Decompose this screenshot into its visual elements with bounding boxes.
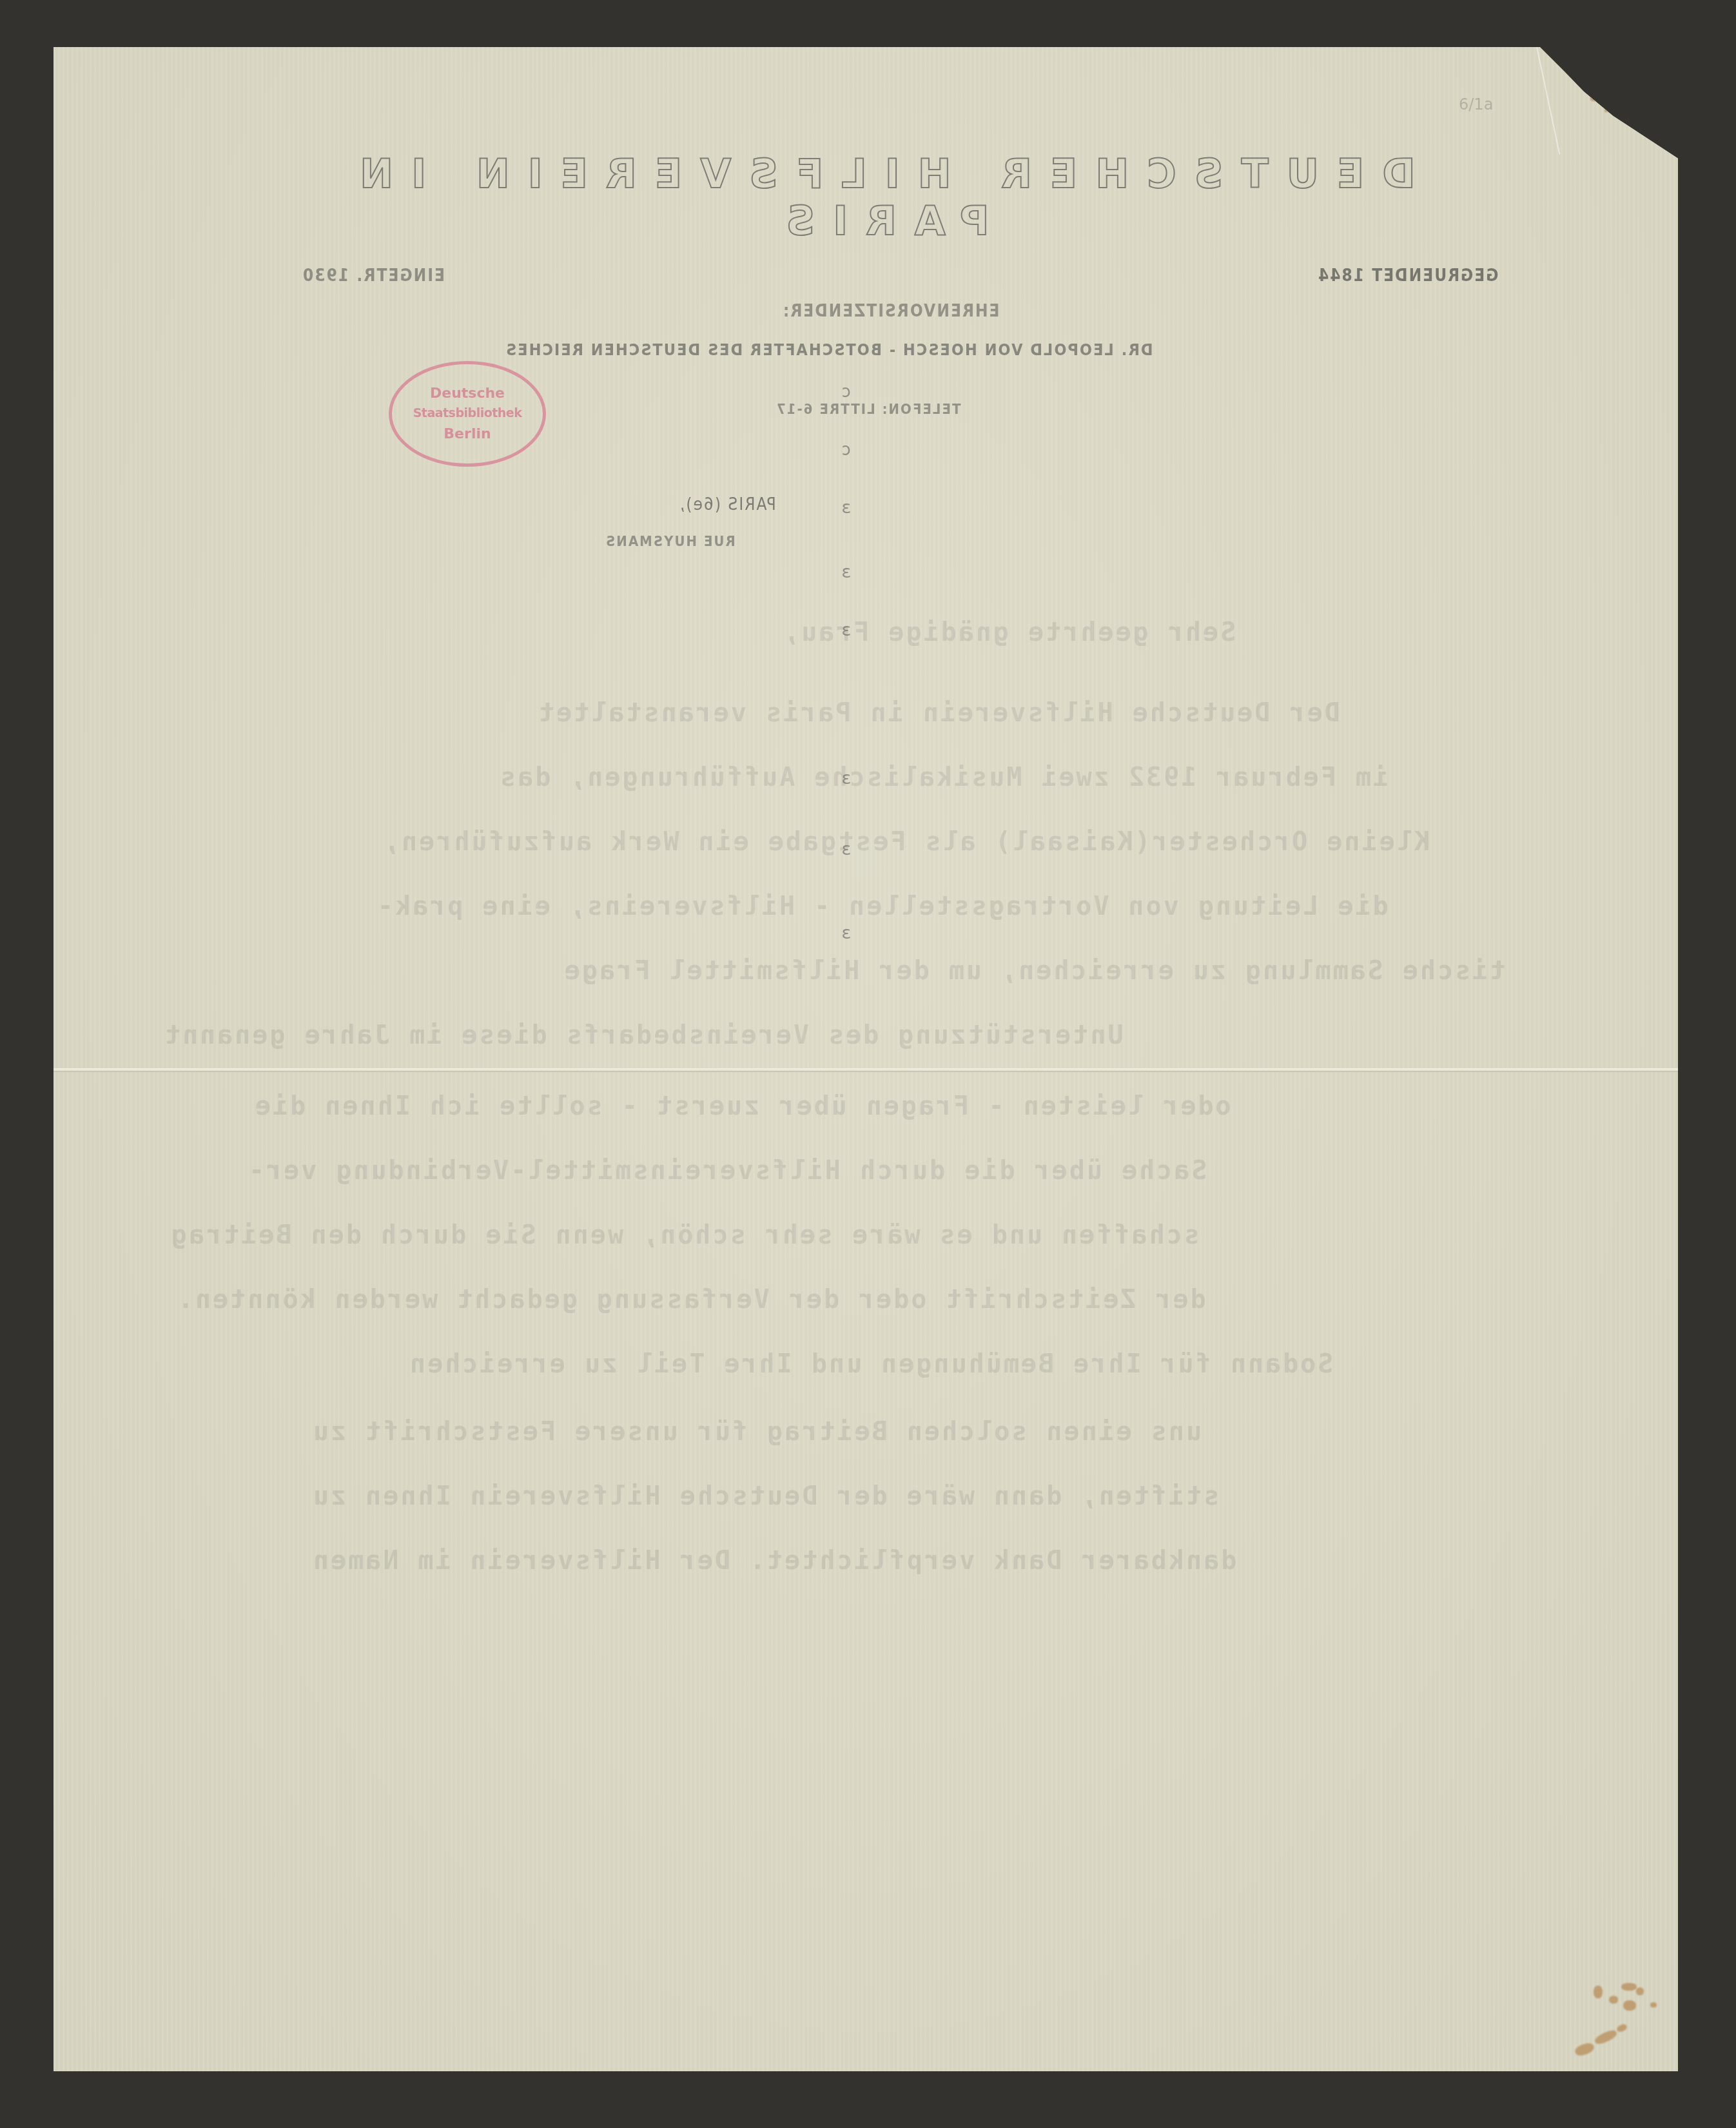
stamp-line-1: Deutsche xyxy=(430,386,505,402)
body-line: Sache über die durch Hilfsvereinsmittel-… xyxy=(247,1156,1207,1186)
library-stamp: Deutsche Staatsbibliothek Berlin xyxy=(389,361,546,467)
stain-speck xyxy=(1590,95,1597,101)
typewriter-mark: ɔ xyxy=(841,382,852,402)
body-line: die Leitung von Vortragsstellen - Hilfsv… xyxy=(376,892,1389,921)
body-line: im Februar 1932 zwei Musikalische Auffüh… xyxy=(498,763,1389,792)
body-line: Unterstützung des Vereinsbedarfs diese i… xyxy=(163,1020,1124,1050)
letterhead-registered: EINGETR. 1930 xyxy=(302,266,445,286)
letterhead-honorary-name-text: DR. LEOPOLD VON HOESCH - BOTSCHAFTER DES… xyxy=(505,340,1153,359)
typewriter-mark: ɛ xyxy=(841,498,852,518)
letterhead-phone: TELEFON: LITTRE 6-17 xyxy=(775,402,961,418)
stain-speck xyxy=(1623,2000,1636,2011)
letterhead-title-text: DEUTSCHER HILFSVEREIN IN PARIS xyxy=(247,150,1510,244)
body-line: Sodann für Ihre Bemühungen und Ihre Teil… xyxy=(408,1349,1333,1379)
letterhead-honorary-name: DR. LEOPOLD VON HOESCH - BOTSCHAFTER DES… xyxy=(505,340,1153,359)
letterhead-founded-text: GEGRUENDET 1844 xyxy=(1317,266,1499,286)
body-line: oder leisten - Fragen über zuerst - soll… xyxy=(253,1091,1231,1121)
stain-speck xyxy=(1621,1983,1637,1991)
typewriter-mark: ɛ xyxy=(841,924,852,943)
corner-crease xyxy=(1536,47,1560,155)
stain-streak xyxy=(1616,2023,1628,2033)
body-line: dankbarer Dank verpflichtet. Der Hilfsve… xyxy=(311,1546,1236,1576)
stain-streak xyxy=(1594,2028,1619,2046)
stain-speck xyxy=(1636,1987,1644,1995)
letterhead-founded: GEGRUENDET 1844 xyxy=(1317,266,1499,286)
letter-page: 6/1a DEUTSCHER HILFSVEREIN IN PARIS GEGR… xyxy=(54,47,1678,2071)
body-line: schaffen und es wäre sehr schön, wenn Si… xyxy=(170,1220,1200,1250)
typewriter-mark: ɔ xyxy=(841,440,852,460)
stain-streak xyxy=(1574,2041,1595,2057)
letterhead-registered-text: EINGETR. 1930 xyxy=(302,266,445,286)
body-line: uns einen solchen Beitrag für unsere Fes… xyxy=(311,1417,1202,1447)
letterhead-street-text: RUE HUYSMANS xyxy=(605,534,736,550)
body-line: tische Sammlung zu erreichen, um der Hil… xyxy=(563,956,1505,986)
stain-speck xyxy=(1594,1986,1603,1998)
archive-mark: 6/1a xyxy=(1459,95,1493,113)
stain-speck xyxy=(1620,116,1629,121)
body-line: stiften, dann wäre der Deutsche Hilfsver… xyxy=(311,1481,1219,1511)
letterhead-phone-text: TELEFON: LITTRE 6-17 xyxy=(775,402,961,418)
stain-speck xyxy=(1604,109,1608,112)
letterhead-honorary-label-text: EHRENVORSITZENDER: xyxy=(782,302,999,321)
letterhead-city-text: PARIS (6e), xyxy=(679,495,776,514)
letterhead-city: PARIS (6e), xyxy=(679,495,776,514)
typewriter-mark: ɛ xyxy=(841,563,852,582)
letterhead-street: RUE HUYSMANS xyxy=(605,534,736,550)
stamp-line-3: Berlin xyxy=(444,426,491,442)
letterhead-honorary-label: EHRENVORSITZENDER: xyxy=(782,302,999,321)
body-line: Der Deutsche Hilfsverein in Paris verans… xyxy=(537,698,1340,728)
stamp-line-2: Staatsbibliothek xyxy=(413,407,522,421)
stain-speck xyxy=(1650,2002,1657,2007)
letterhead-title: DEUTSCHER HILFSVEREIN IN PARIS xyxy=(247,150,1510,244)
stain-speck xyxy=(1609,1996,1618,2004)
body-line: der Zeitschrift oder der Verfassung geda… xyxy=(176,1285,1206,1314)
body-line: Kleine Orchester(Kaisaal) als Festgabe e… xyxy=(382,827,1430,857)
body-line: Sehr geehrte gnädige Frau, xyxy=(782,618,1236,647)
fold-line xyxy=(54,1068,1678,1072)
